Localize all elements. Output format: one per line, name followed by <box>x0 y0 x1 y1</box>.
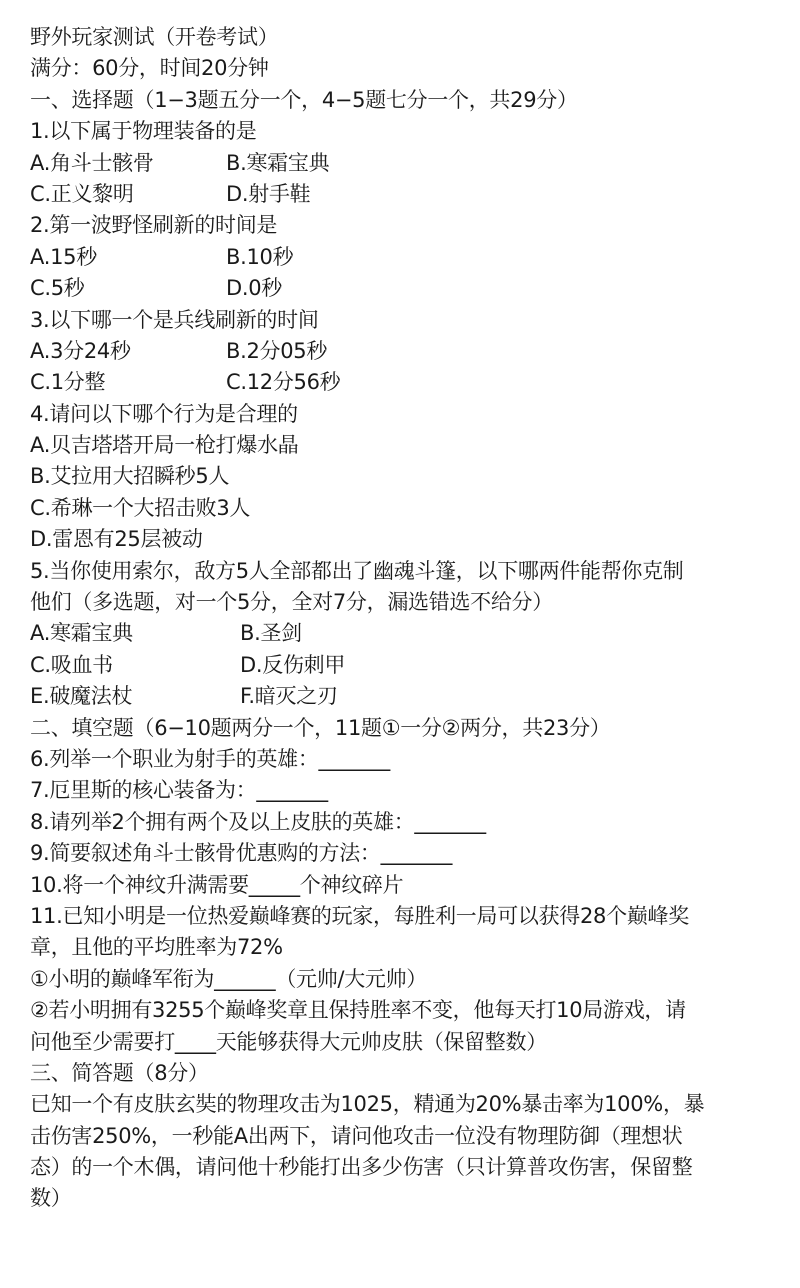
question-8: 8.请列举2个拥有两个及以上皮肤的英雄：_______ <box>30 807 780 838</box>
option: A.15秒 <box>30 242 226 273</box>
question-4: 4.请问以下哪个行为是合理的 <box>30 399 780 430</box>
options-row: A.角斗士骸骨B.寒霜宝典 <box>30 148 780 179</box>
option: E.破魔法杖 <box>30 681 240 712</box>
option: D.射手鞋 <box>226 179 310 210</box>
options-row: C.1分整C.12分56秒 <box>30 367 780 398</box>
exam-title: 野外玩家测试（开卷考试） <box>30 22 780 53</box>
options-row: A.15秒B.10秒 <box>30 242 780 273</box>
options-row: A.寒霜宝典B.圣剑 <box>30 618 780 649</box>
question-11-line1: 11.已知小明是一位热爱巅峰赛的玩家，每胜利一局可以获得28个巅峰奖 <box>30 901 780 932</box>
option: B.艾拉用大招瞬秒5人 <box>30 461 780 492</box>
question-12-line2: 击伤害250%，一秒能A出两下，请问他攻击一位没有物理防御（理想状 <box>30 1121 780 1152</box>
question-11-part2-line2: 问他至少需要打____天能够获得大元帅皮肤（保留整数） <box>30 1027 780 1058</box>
question-9: 9.简要叙述角斗士骸骨优惠购的方法：_______ <box>30 838 780 869</box>
option: C.1分整 <box>30 367 226 398</box>
option: C.吸血书 <box>30 650 240 681</box>
section3-heading: 三、简答题（8分） <box>30 1058 780 1089</box>
section2-heading: 二、填空题（6−10题两分一个，11题①一分②两分，共23分） <box>30 713 780 744</box>
question-11-part2-line1: ②若小明拥有3255个巅峰奖章且保持胜率不变，他每天打10局游戏，请 <box>30 995 780 1026</box>
exam-document: 野外玩家测试（开卷考试） 满分：60分，时间20分钟 一、选择题（1−3题五分一… <box>30 22 780 1215</box>
question-5-line1: 5.当你使用索尔，敌方5人全部都出了幽魂斗篷，以下哪两件能帮你克制 <box>30 556 780 587</box>
options-row: C.吸血书D.反伤刺甲 <box>30 650 780 681</box>
exam-meta: 满分：60分，时间20分钟 <box>30 53 780 84</box>
question-5-line2: 他们（多选题，对一个5分，全对7分，漏选错选不给分） <box>30 587 780 618</box>
option: B.寒霜宝典 <box>226 148 329 179</box>
question-12-line3: 态）的一个木偶，请问他十秒能打出多少伤害（只计算普攻伤害，保留整 <box>30 1152 780 1183</box>
section1-heading: 一、选择题（1−3题五分一个，4−5题七分一个，共29分） <box>30 85 780 116</box>
question-12-line4: 数） <box>30 1183 780 1214</box>
option: B.圣剑 <box>240 618 302 649</box>
question-1: 1.以下属于物理装备的是 <box>30 116 780 147</box>
question-12-line1: 已知一个有皮肤玄奘的物理攻击为1025，精通为20%暴击率为100%，暴 <box>30 1089 780 1120</box>
option: A.角斗士骸骨 <box>30 148 226 179</box>
question-11-line2: 章，且他的平均胜率为72% <box>30 932 780 963</box>
option: D.反伤刺甲 <box>240 650 345 681</box>
option: B.10秒 <box>226 242 293 273</box>
option: A.3分24秒 <box>30 336 226 367</box>
options-row: A.3分24秒B.2分05秒 <box>30 336 780 367</box>
option: C.正义黎明 <box>30 179 226 210</box>
question-11-part1: ①小明的巅峰军衔为______（元帅/大元帅） <box>30 964 780 995</box>
question-10: 10.将一个神纹升满需要_____个神纹碎片 <box>30 870 780 901</box>
option: A.寒霜宝典 <box>30 618 240 649</box>
option: C.希琳一个大招击败3人 <box>30 493 780 524</box>
option: F.暗灭之刃 <box>240 681 338 712</box>
options-row: C.5秒D.0秒 <box>30 273 780 304</box>
option: D.0秒 <box>226 273 282 304</box>
option: C.5秒 <box>30 273 226 304</box>
option: A.贝吉塔塔开局一枪打爆水晶 <box>30 430 780 461</box>
options-row: E.破魔法杖F.暗灭之刃 <box>30 681 780 712</box>
option: C.12分56秒 <box>226 367 340 398</box>
question-6: 6.列举一个职业为射手的英雄：_______ <box>30 744 780 775</box>
question-2: 2.第一波野怪刷新的时间是 <box>30 210 780 241</box>
options-row: C.正义黎明D.射手鞋 <box>30 179 780 210</box>
question-3: 3.以下哪一个是兵线刷新的时间 <box>30 305 780 336</box>
option: D.雷恩有25层被动 <box>30 524 780 555</box>
option: B.2分05秒 <box>226 336 327 367</box>
question-7: 7.厄里斯的核心装备为：_______ <box>30 775 780 806</box>
